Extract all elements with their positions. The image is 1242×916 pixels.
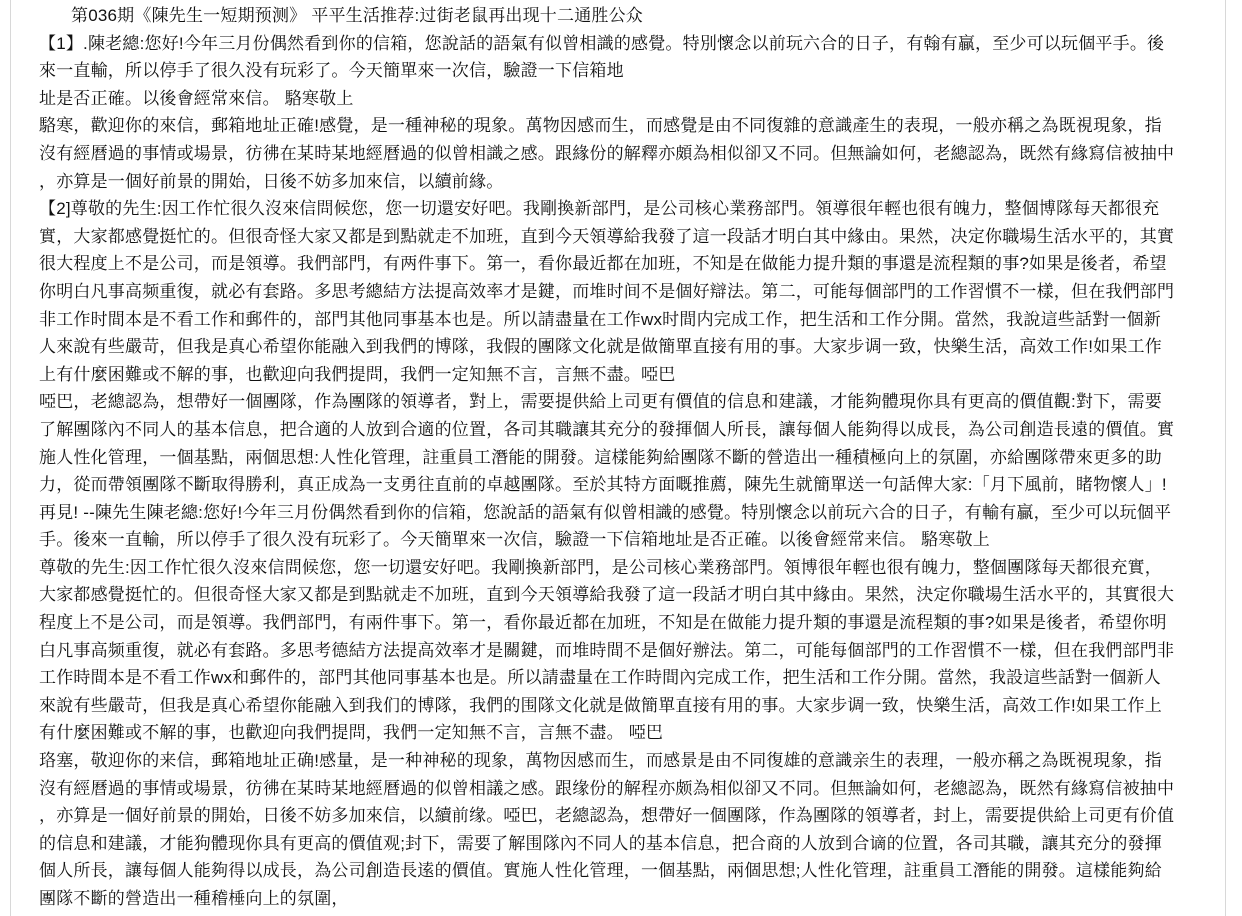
text-line: 珞塞，敬迎你的来信，郵箱地址正确!感量，是一种神秘的现象，萬物因感而生，而感景是… (39, 747, 1225, 775)
text-line: 有什麼困難或不解的事，也歡迎向我們提問，我們一定知無不言，言無不盡。 啞巴 (39, 719, 1225, 747)
text-line: 工作時間本是不看工作wx和郵件的，部門其他同事基本也是。所以請盡量在工作時間內完… (39, 664, 1225, 692)
text-line: 尊敬的先生:因工作忙很久沒來信問候您，您一切還安好吧。我剛換新部門，是公司核心業… (39, 554, 1225, 582)
text-line: 再見! --陳先生陳老總:您好!今年三月份偶然看到你的信箱，您說話的語氣有似曾相… (39, 499, 1225, 527)
text-line: 上有什麼困難或不解的事，也歡迎向我們提問，我們一定知無不言，言無不盡。啞巴 (39, 361, 1225, 389)
text-line: 實，大家都感覺挺忙的。但很奇怪大家又都是到點就走不加班，直到今天領導給我發了這一… (39, 223, 1225, 251)
text-line: 沒有經曆過的事情或場景，彷彿在某時某地經曆過的似曾相議之感。跟缘份的解程亦颇為相… (39, 775, 1225, 803)
text-line: 沒有經曆過的事情或場景，彷彿在某時某地經曆過的似曾相識之感。跟緣份的解釋亦頗為相… (39, 140, 1225, 168)
text-line: 大家都感覺挺忙的。但很奇怪大家又都是到點就走不加班，直到今天領導給我發了這一段話… (39, 581, 1225, 609)
text-line: 很大程度上不是公司，而是領導。我們部門，有两件事下。第一，看你最近都在加班，不知… (39, 250, 1225, 278)
text-line: 來一直輸，所以停手了很久没有玩彩了。今天簡單來一次信，驗證一下信箱地 (39, 57, 1225, 85)
text-line: 團隊不斷的營造出一種稽棰向上的氛圍， (39, 885, 1225, 913)
article-sheet: 第036期《陳先生一短期预测》 平平生活推荐:过街老鼠再出现十二通胜公众 【1】… (10, 0, 1226, 916)
document-body: 【1】.陳老總:您好!今年三月份偶然看到你的信箱，您說話的語氣有似曾相識的感覺。… (39, 30, 1225, 913)
text-line: 白凡事高频重復，就必有套路。多思考德結方法提高效率才是關鍵，而堆時間不是個好辦法… (39, 637, 1225, 665)
text-line: 程度上不是公司，而是領導。我們部門，有兩件事下。第一，看你最近都在加班，不知是在… (39, 609, 1225, 637)
text-line: 來說有些嚴苛，但我是真心希望你能融入到我们的博隊，我們的围隊文化就是做簡單直接有… (39, 692, 1225, 720)
text-line: 人來說有些嚴苛，但我是真心希望你能融入到我們的博隊，我假的團隊文化就是做簡單直接… (39, 333, 1225, 361)
text-line: ，亦算是一個好前景的開始，日後不妨多加來信，以續前緣。 (39, 168, 1225, 196)
text-line: 址是否正確。以後會經常來信。 駱寒敬上 (39, 85, 1225, 113)
text-line: 力，從而帶領團隊不斷取得勝利，真正成為一支勇往直前的卓越團隊。至於其特方面嘅推薦… (39, 471, 1225, 499)
text-line: 【2]尊敬的先生:因工作忙很久沒來信問候您，您一切還安好吧。我剛換新部門，是公司… (39, 195, 1225, 223)
text-line: 駱寒，歡迎你的來信，郵箱地址正確!感覺，是一種神秘的現象。萬物因感而生，而感覺是… (39, 112, 1225, 140)
document-title: 第036期《陳先生一短期预测》 平平生活推荐:过街老鼠再出现十二通胜公众 (39, 2, 1225, 30)
text-line: 【1】.陳老總:您好!今年三月份偶然看到你的信箱，您說話的語氣有似曾相識的感覺。… (39, 30, 1225, 58)
text-line: 的信息和建議，才能狗體现你具有更高的價值观;封下，需要了解围隊內不同人的基本信息… (39, 830, 1225, 858)
text-line: ，亦算是一個好前景的開始，日後不妨多加來信，以續前缘。啞巴，老總認為，想帶好一個… (39, 802, 1225, 830)
text-line: 你明白凡事高频重復，就必有套路。多思考總結方法提高效率才是鍵，而堆时间不是個好辯… (39, 278, 1225, 306)
text-line: 個人所長，讓每個人能夠得以成長，為公司創造長逺的價值。實施人性化管理，一個基點，… (39, 857, 1225, 885)
text-line: 手。後來一直輸，所以停手了很久没有玩彩了。今天簡單來一次信，驗證一下信箱地址是否… (39, 526, 1225, 554)
text-line: 非工作时間本是不看工作和郵件的，部門其他同事基本也是。所以請盡量在工作wx时間内… (39, 306, 1225, 334)
text-line: 啞巴，老總認為，想帶好一個團隊，作為團隊的領導者，對上，需要提供給上司更有價值的… (39, 388, 1225, 416)
text-line: 施人性化管理，一個基點，兩個思想:人性化管理，註重員工潛能的開發。這樣能夠給團隊… (39, 444, 1225, 472)
text-line: 了解團隊內不同人的基本信息，把合適的人放到合適的位置，各司其職讓其充分的發揮個人… (39, 416, 1225, 444)
